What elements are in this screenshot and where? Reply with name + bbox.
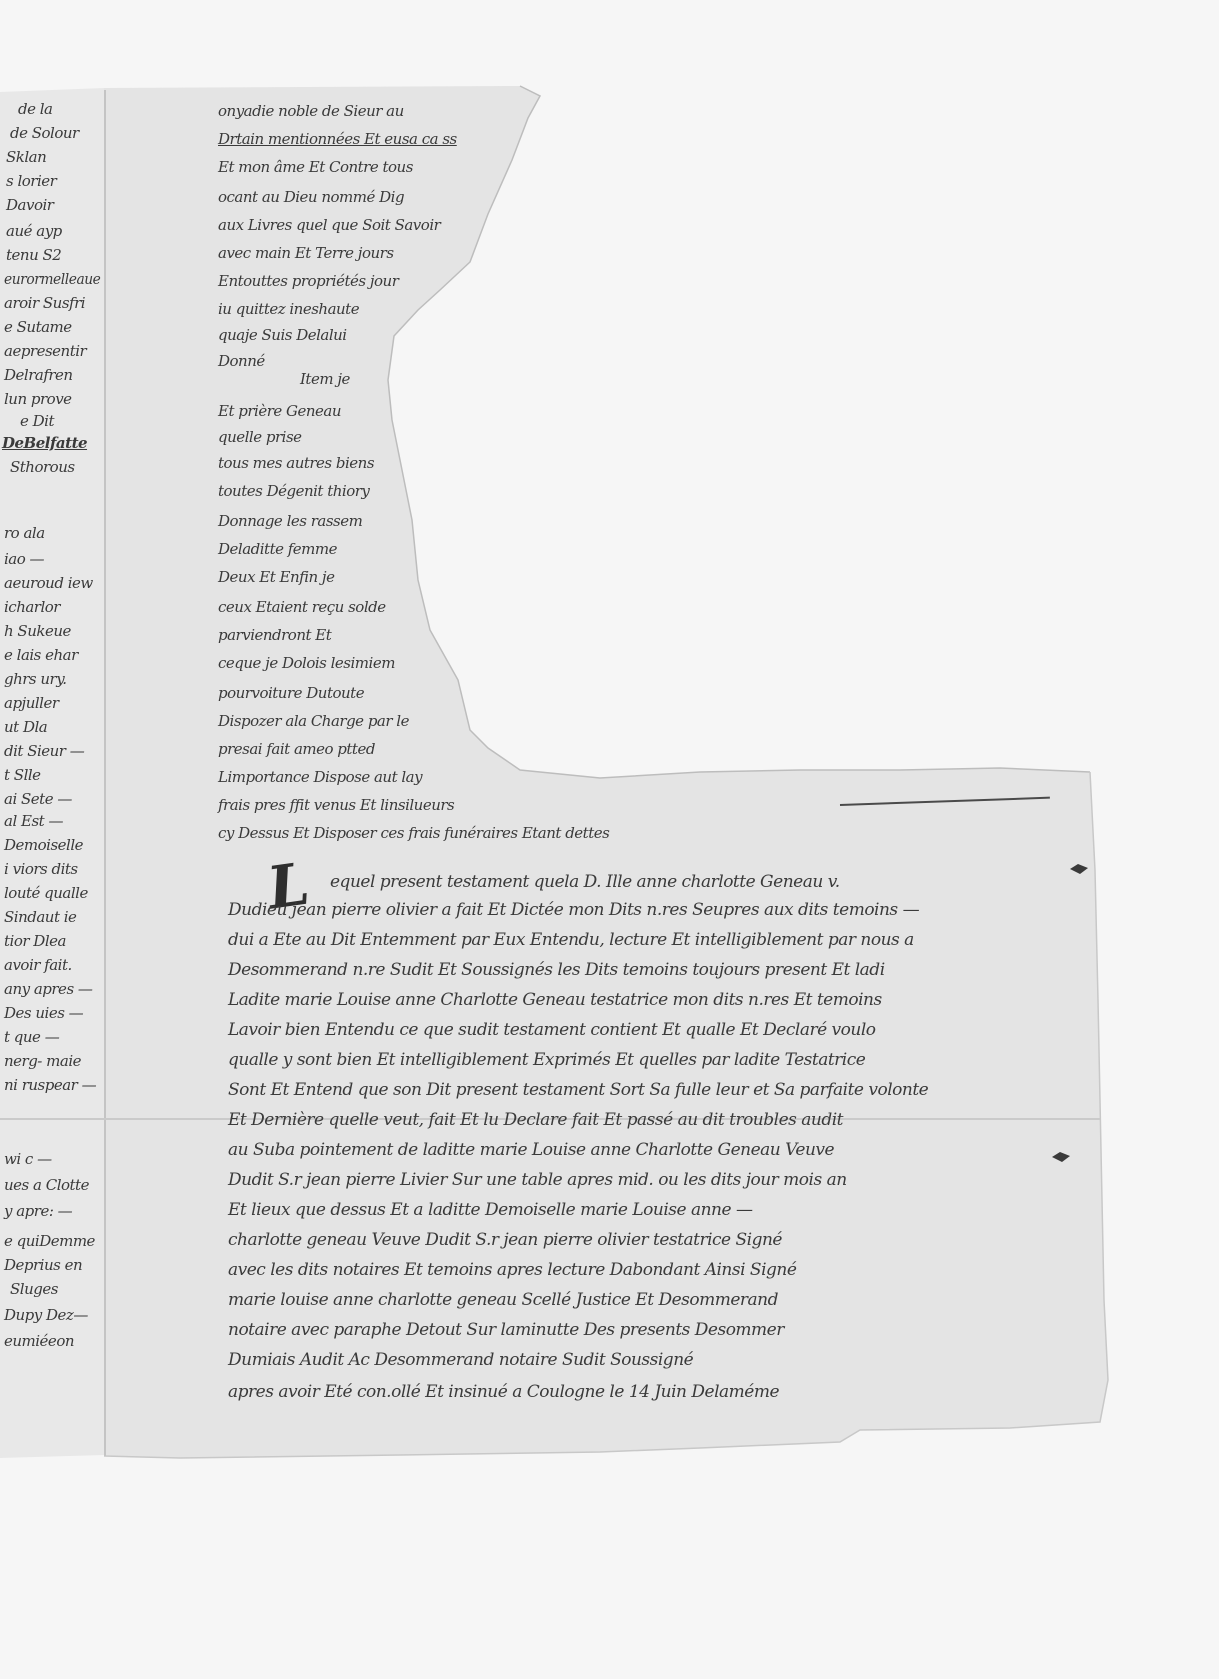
text-line: toutes Dégenit thiory: [218, 482, 369, 500]
text-line: aux Livres quel que Soit Savoir: [218, 216, 440, 234]
text-line: ceux Etaient reçu solde: [218, 598, 386, 616]
text-line: iu quittez ineshaute: [218, 300, 359, 318]
text-line: y apre: —: [4, 1202, 72, 1220]
text-line: notaire avec paraphe Detout Sur laminutt…: [228, 1320, 784, 1340]
text-line: louté qualle: [4, 884, 88, 902]
text-line: Sklan: [6, 148, 46, 166]
text-line: quelle prise: [218, 428, 302, 446]
line-end-mark: [1070, 862, 1090, 876]
text-line: Dumiais Audit Ac Desommerand notaire Sud…: [228, 1350, 693, 1370]
text-line: wi c —: [4, 1150, 52, 1168]
text-line: ceque je Dolois lesimiem: [218, 654, 395, 672]
text-line: qualle y sont bien Et intelligiblement E…: [228, 1050, 865, 1070]
text-line: t Slle: [4, 766, 41, 784]
vertical-fold: [104, 90, 106, 1456]
text-line: Deprius en: [4, 1256, 82, 1274]
text-line: aroir Susfri: [4, 294, 85, 312]
text-line: ut Dla: [4, 718, 47, 736]
text-line: ro ala: [4, 524, 45, 542]
text-line: aeuroud iew: [4, 574, 93, 592]
text-line: apjuller: [4, 694, 59, 712]
text-line: Dudit S.r jean pierre Livier Sur une tab…: [228, 1170, 847, 1190]
text-line: tenu S2: [6, 246, 61, 264]
text-line: de la: [18, 100, 53, 118]
text-line: tior Dlea: [4, 932, 66, 950]
text-line: cy Dessus Et Disposer ces frais funérair…: [218, 824, 609, 842]
text-line: presai fait ameo ptted: [218, 740, 375, 758]
text-line: Et prière Geneau: [218, 402, 341, 420]
text-line: nerg- maie: [4, 1052, 81, 1070]
text-line: Donnage les rassem: [218, 512, 362, 530]
text-line: Limportance Dispose aut lay: [218, 768, 422, 786]
text-line: icharlor: [4, 598, 60, 616]
text-line: Dispozer ala Charge par le: [218, 712, 409, 730]
text-line: Deladitte femme: [218, 540, 337, 558]
text-line: ocant au Dieu nommé Dig: [218, 188, 404, 206]
text-line: frais pres ffit venus Et linsilueurs: [218, 796, 454, 814]
text-line: Sont Et Entend que son Dit present testa…: [228, 1080, 928, 1100]
text-line: Dudieu jean pierre olivier a fait Et Dic…: [228, 900, 919, 920]
text-line: h Sukeue: [4, 622, 71, 640]
text-line: e Dit: [20, 412, 54, 430]
text-line: al Est —: [4, 812, 63, 830]
text-line: avec les dits notaires Et temoins apres …: [228, 1260, 796, 1280]
text-line: iao —: [4, 550, 44, 568]
text-line: au Suba pointement de laditte marie Loui…: [228, 1140, 834, 1160]
text-line: aué ayp: [6, 222, 62, 240]
text-line: dit Sieur —: [4, 742, 84, 760]
text-line: ai Sete —: [4, 790, 72, 808]
text-line: Et Dernière quelle veut, fait Et lu Decl…: [228, 1110, 843, 1130]
text-line: s lorier: [6, 172, 56, 190]
text-line: Item je: [300, 370, 350, 388]
manuscript-page: de la de Solour Sklan s lorier Davoir au…: [0, 0, 1219, 1679]
text-line: Lavoir bien Entendu ce que sudit testame…: [228, 1020, 876, 1040]
text-line: e Sutame: [4, 318, 72, 336]
text-line: DeBelfatte: [2, 434, 87, 452]
text-line: e quiDemme: [4, 1232, 95, 1250]
text-line: tous mes autres biens: [218, 454, 374, 472]
text-line: Deux Et Enfin je: [218, 568, 334, 586]
text-line: avoir fait.: [4, 956, 72, 974]
text-line: t que —: [4, 1028, 59, 1046]
text-line: de Solour: [10, 124, 79, 142]
text-line: Sthorous: [10, 458, 75, 476]
text-line: lun prove: [4, 390, 72, 408]
text-line: equel present testament quela D. Ille an…: [330, 872, 840, 892]
text-line: dui a Ete au Dit Entemment par Eux Enten…: [228, 930, 914, 950]
text-line: parviendront Et: [218, 626, 331, 644]
text-line: ghrs ury.: [4, 670, 66, 688]
text-line: Des uies —: [4, 1004, 83, 1022]
text-line: Davoir: [6, 196, 53, 214]
text-line: Sluges: [10, 1280, 58, 1298]
text-line: e lais ehar: [4, 646, 78, 664]
text-line: ni ruspear —: [4, 1076, 96, 1094]
text-line: Entouttes propriétés jour: [218, 272, 398, 290]
line-end-mark: [1052, 1150, 1072, 1164]
text-line: eumiéeon: [4, 1332, 74, 1350]
text-line: Sindaut ie: [4, 908, 76, 926]
text-line: eurormelleaue: [4, 270, 100, 288]
text-line: quaje Suis Delalui: [218, 326, 347, 344]
text-line: Et lieux que dessus Et a laditte Demoise…: [228, 1200, 752, 1220]
text-line: Dupy Dez—: [4, 1306, 88, 1324]
text-line: Et mon âme Et Contre tous: [218, 158, 413, 176]
torn-paper-shape: [0, 0, 1219, 1679]
text-line: any apres —: [4, 980, 92, 998]
text-line: Drtain mentionnées Et eusa ca ss: [218, 130, 457, 148]
text-line: i viors dits: [4, 860, 78, 878]
text-line: pourvoiture Dutoute: [218, 684, 364, 702]
text-line: Desommerand n.re Sudit Et Soussignés les…: [228, 960, 885, 980]
text-line: marie louise anne charlotte geneau Scell…: [228, 1290, 778, 1310]
text-line: onyadie noble de Sieur au: [218, 102, 404, 120]
text-line: apres avoir Eté con.ollé Et insinué a Co…: [228, 1382, 779, 1402]
text-line: ues a Clotte: [4, 1176, 89, 1194]
text-line: Donné: [218, 352, 265, 370]
text-line: Ladite marie Louise anne Charlotte Genea…: [228, 990, 882, 1010]
text-line: Delrafren: [4, 366, 73, 384]
text-line: Demoiselle: [4, 836, 83, 854]
text-line: charlotte geneau Veuve Dudit S.r jean pi…: [228, 1230, 782, 1250]
text-line: avec main Et Terre jours: [218, 244, 394, 262]
text-line: aepresentir: [4, 342, 86, 360]
